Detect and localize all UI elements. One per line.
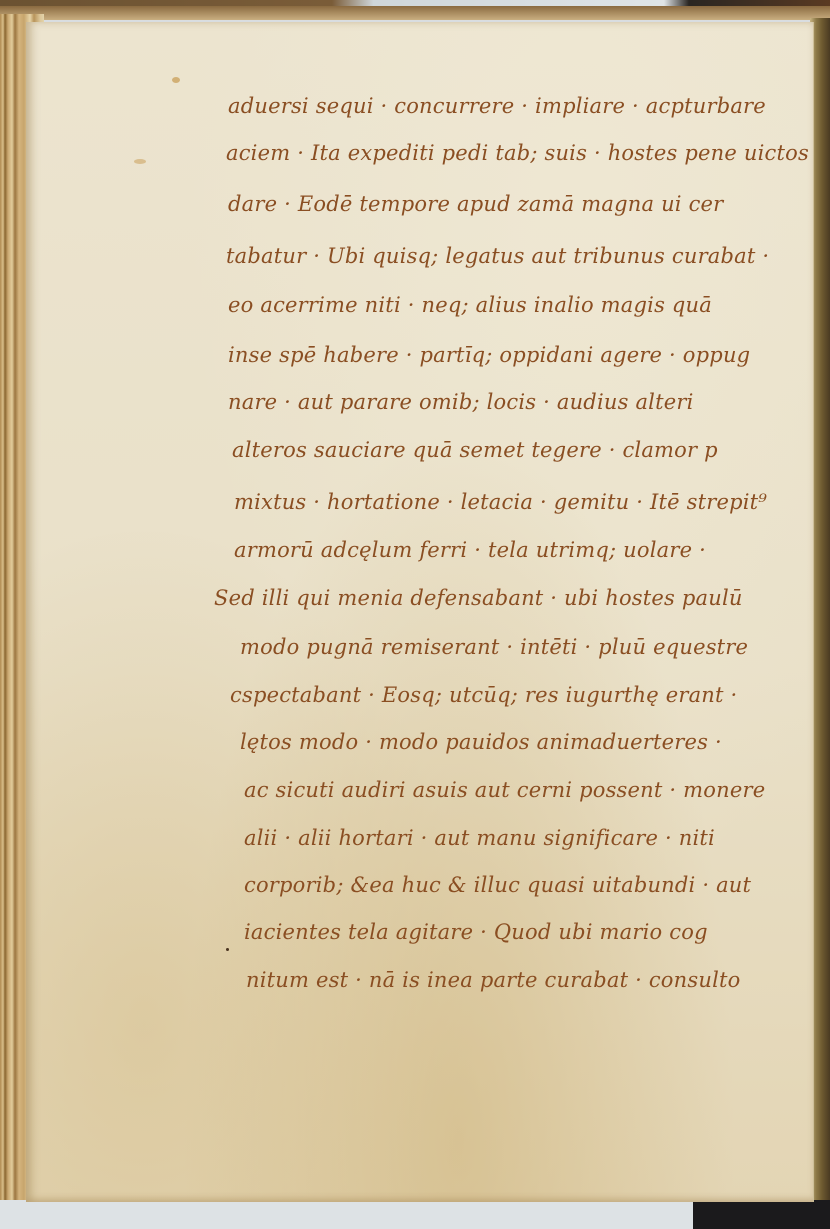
text-line: iacientes tela agitare · Quod ubi mario … — [244, 920, 708, 944]
text-line: alii · alii hortari · aut manu significa… — [244, 826, 715, 850]
text-line: mixtus · hortatione · letacia · gemitu ·… — [234, 490, 767, 514]
text-line: tabatur · Ubi quisq; legatus aut tribunu… — [226, 244, 769, 268]
text-line: lętos modo · modo pauidos animaduerteres… — [240, 730, 722, 754]
text-line: dare · Eodē tempore apud zamā magna ui c… — [228, 192, 723, 216]
text-line: nitum est · nā is inea parte curabat · c… — [246, 968, 740, 992]
text-line: nare · aut parare omib; locis · audius a… — [228, 390, 694, 414]
text-line: corporib; &ea huc & illuc quasi uitabund… — [244, 873, 751, 897]
text-line: aduersi sequi · concurrere · impliare · … — [228, 94, 766, 118]
text-line: inse spē habere · partīq; oppidani agere… — [228, 343, 750, 367]
text-line: cspectabant · Eosq; utcūq; res iugurthę … — [230, 683, 737, 707]
text-line: modo pugnā remiserant · intēti · pluū eq… — [240, 635, 748, 659]
text-line: ac sicuti audiri asuis aut cerni possent… — [244, 778, 765, 802]
text-line: armorū adcęlum ferri · tela utrimq; uola… — [234, 538, 706, 562]
manuscript-text: aduersi sequi · concurrere · impliare · … — [0, 0, 830, 1229]
text-line: alteros sauciare quā semet tegere · clam… — [232, 438, 718, 462]
text-line: Sed illi qui menia defensabant · ubi hos… — [214, 586, 743, 610]
text-line: aciem · Ita expediti pedi tab; suis · ho… — [226, 141, 809, 165]
text-line: eo acerrime niti · neq; alius inalio mag… — [228, 293, 712, 317]
